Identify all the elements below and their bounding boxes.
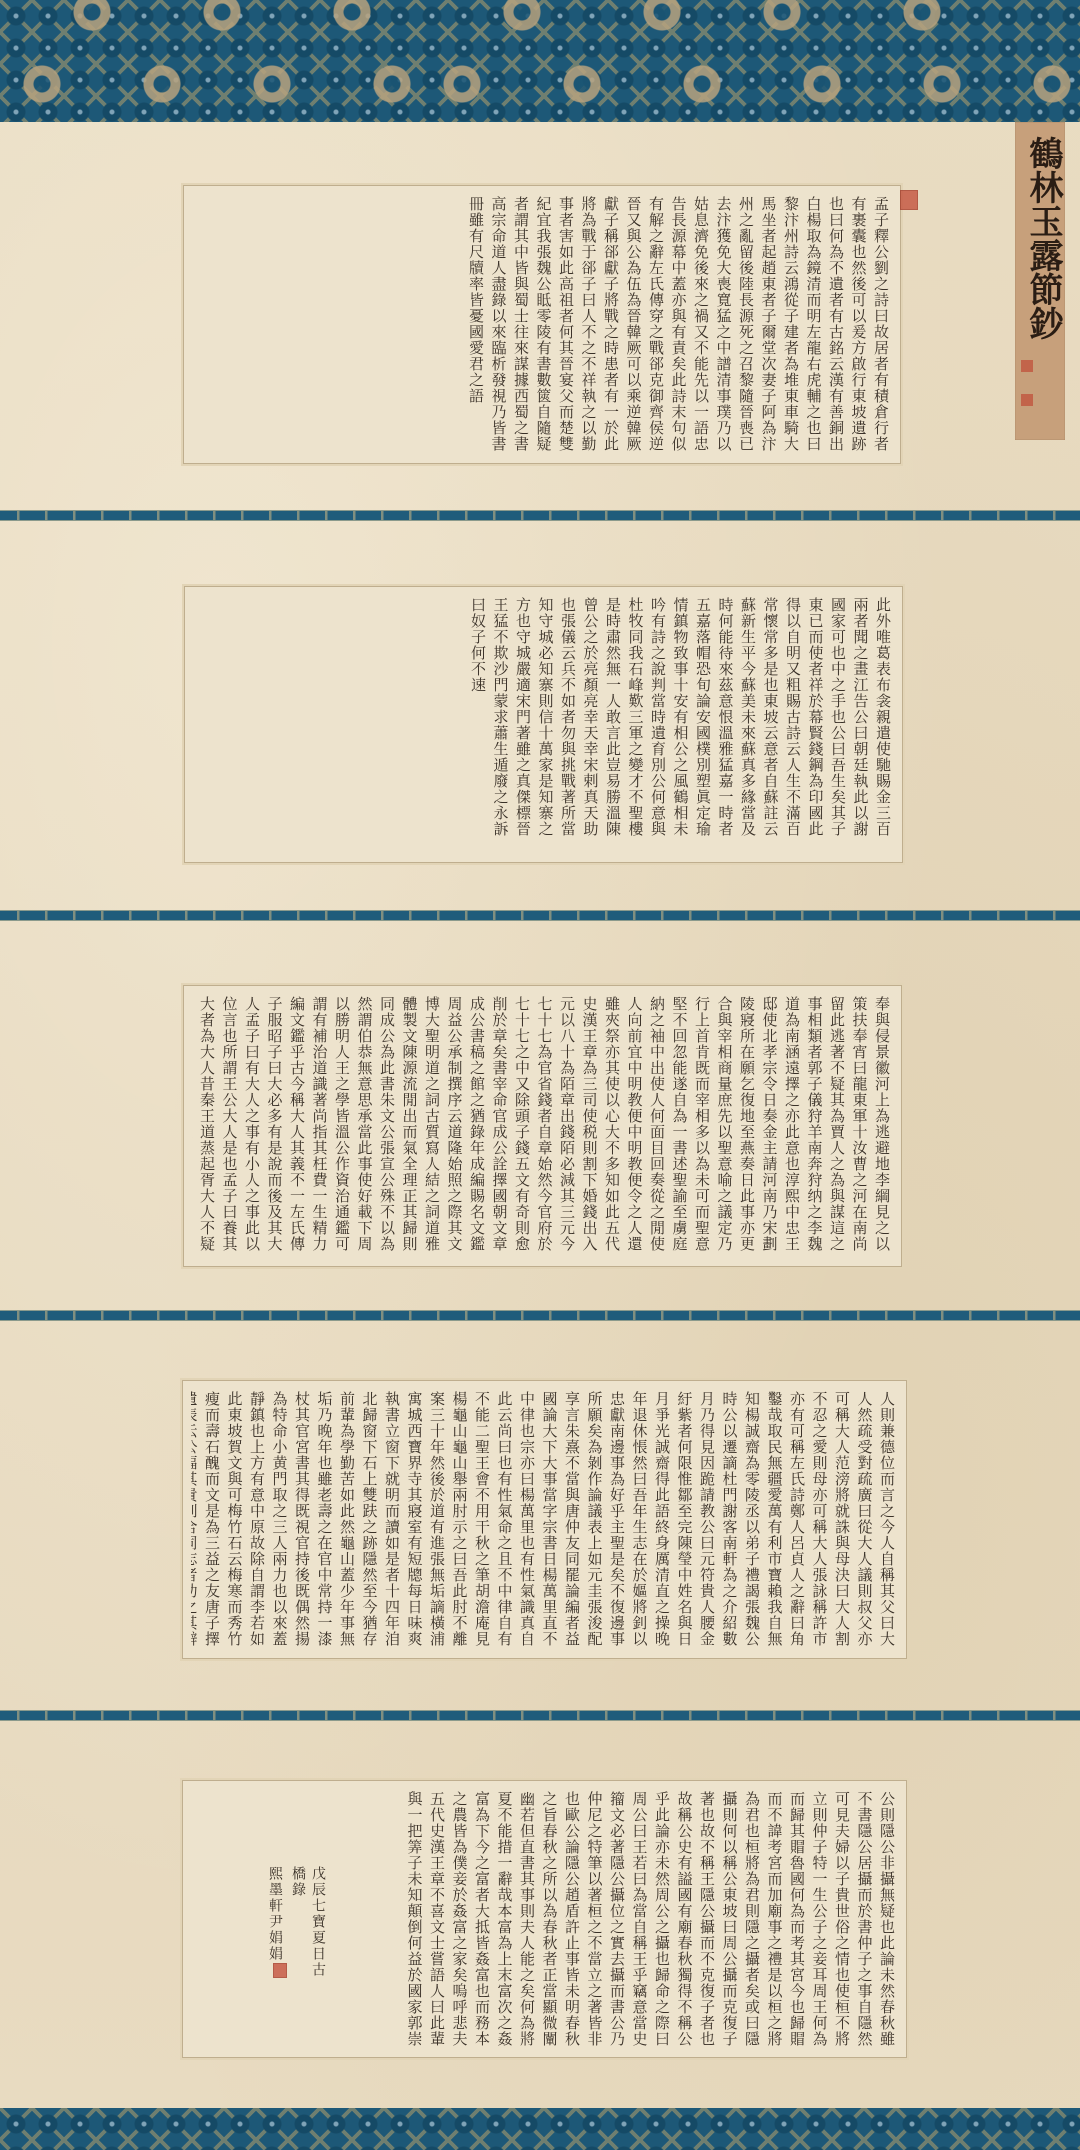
brocade-flower-icon (680, 62, 724, 106)
brocade-divider (0, 1710, 1080, 1721)
brocade-flower-icon (200, 0, 244, 34)
text-panel-1: 孟子釋公劉之詩曰故居者有積倉行者有裹囊也然後可以爰方啟行東坡遺跡也曰何為不遺者有… (183, 185, 901, 464)
label-seal-icon (1021, 394, 1033, 406)
panel-5-text: 公則隱公非攝無疑也此論未然春秋雖不書隱公居攝而於書仲子之事自隱然可見夫婦以子貴世… (403, 1791, 898, 2047)
brocade-flower-icon (370, 62, 414, 106)
bottom-brocade-border (0, 2108, 1080, 2150)
colophon-signature: 熙墨軒尹娟娟 (265, 1866, 285, 1966)
text-panel-5: 公則隱公非攝無疑也此論未然春秋雖不書隱公居攝而於書仲子之事自隱然可見夫婦以子貴世… (182, 1780, 907, 2058)
scroll-title: 鶴林玉露節鈔 (1015, 136, 1065, 340)
brocade-flower-icon (140, 62, 184, 106)
brocade-flower-icon (1030, 62, 1074, 106)
title-label-strip: 鶴林玉露節鈔 (1015, 122, 1065, 440)
top-brocade-border (0, 0, 1080, 122)
panel-2-text: 此外唯葛表布衾親遣使馳賜金三百兩者聞之畫江告公曰朝廷執此以謝國家可也中之手也公曰… (467, 597, 895, 852)
panel-4-text: 人則兼德位而言之今人自稱其父曰大人然疏受對疏廣曰從大人議則叔父亦可稱大人范滂將就… (191, 1391, 898, 1648)
text-panel-2: 此外唯葛表布衾親遣使馳賜金三百兩者聞之畫江告公曰朝廷執此以謝國家可也中之手也公曰… (184, 586, 903, 863)
brocade-divider (0, 510, 1080, 521)
colophon-date: 戊辰七寶夏日古橋錄 (288, 1866, 328, 1986)
brocade-flower-icon (760, 0, 804, 34)
collector-seal-icon (900, 190, 918, 210)
brocade-flower-icon (640, 0, 684, 34)
brocade-divider (0, 1310, 1080, 1321)
brocade-flower-icon (20, 62, 64, 106)
brocade-flower-icon (500, 0, 544, 34)
brocade-flower-icon (330, 0, 374, 34)
brocade-flower-icon (70, 0, 114, 34)
artist-seal-icon (273, 1963, 287, 1978)
label-seal-icon (1021, 360, 1033, 372)
text-panel-3: 奉與侵景徽河上為逃避地李綱見之以策扶奉宵曰龍東軍十汝曹之河在南尚留此逃著不疑其為… (183, 985, 902, 1267)
brocade-flower-icon (560, 62, 604, 106)
brocade-flower-icon (440, 62, 484, 106)
brocade-divider (0, 910, 1080, 921)
brocade-flower-icon (250, 62, 294, 106)
panel-1-text: 孟子釋公劉之詩曰故居者有積倉行者有裹囊也然後可以爰方啟行東坡遺跡也曰何為不遺者有… (465, 196, 893, 453)
text-panel-4: 人則兼德位而言之今人自稱其父曰大人然疏受對疏廣曰從大人議則叔父亦可稱大人范滂將就… (182, 1380, 907, 1659)
brocade-flower-icon (800, 62, 844, 106)
brocade-flower-icon (920, 62, 964, 106)
panel-3-text: 奉與侵景徽河上為逃避地李綱見之以策扶奉宵曰龍東軍十汝曹之河在南尚留此逃著不疑其為… (192, 996, 893, 1256)
brocade-flower-icon (900, 0, 944, 34)
